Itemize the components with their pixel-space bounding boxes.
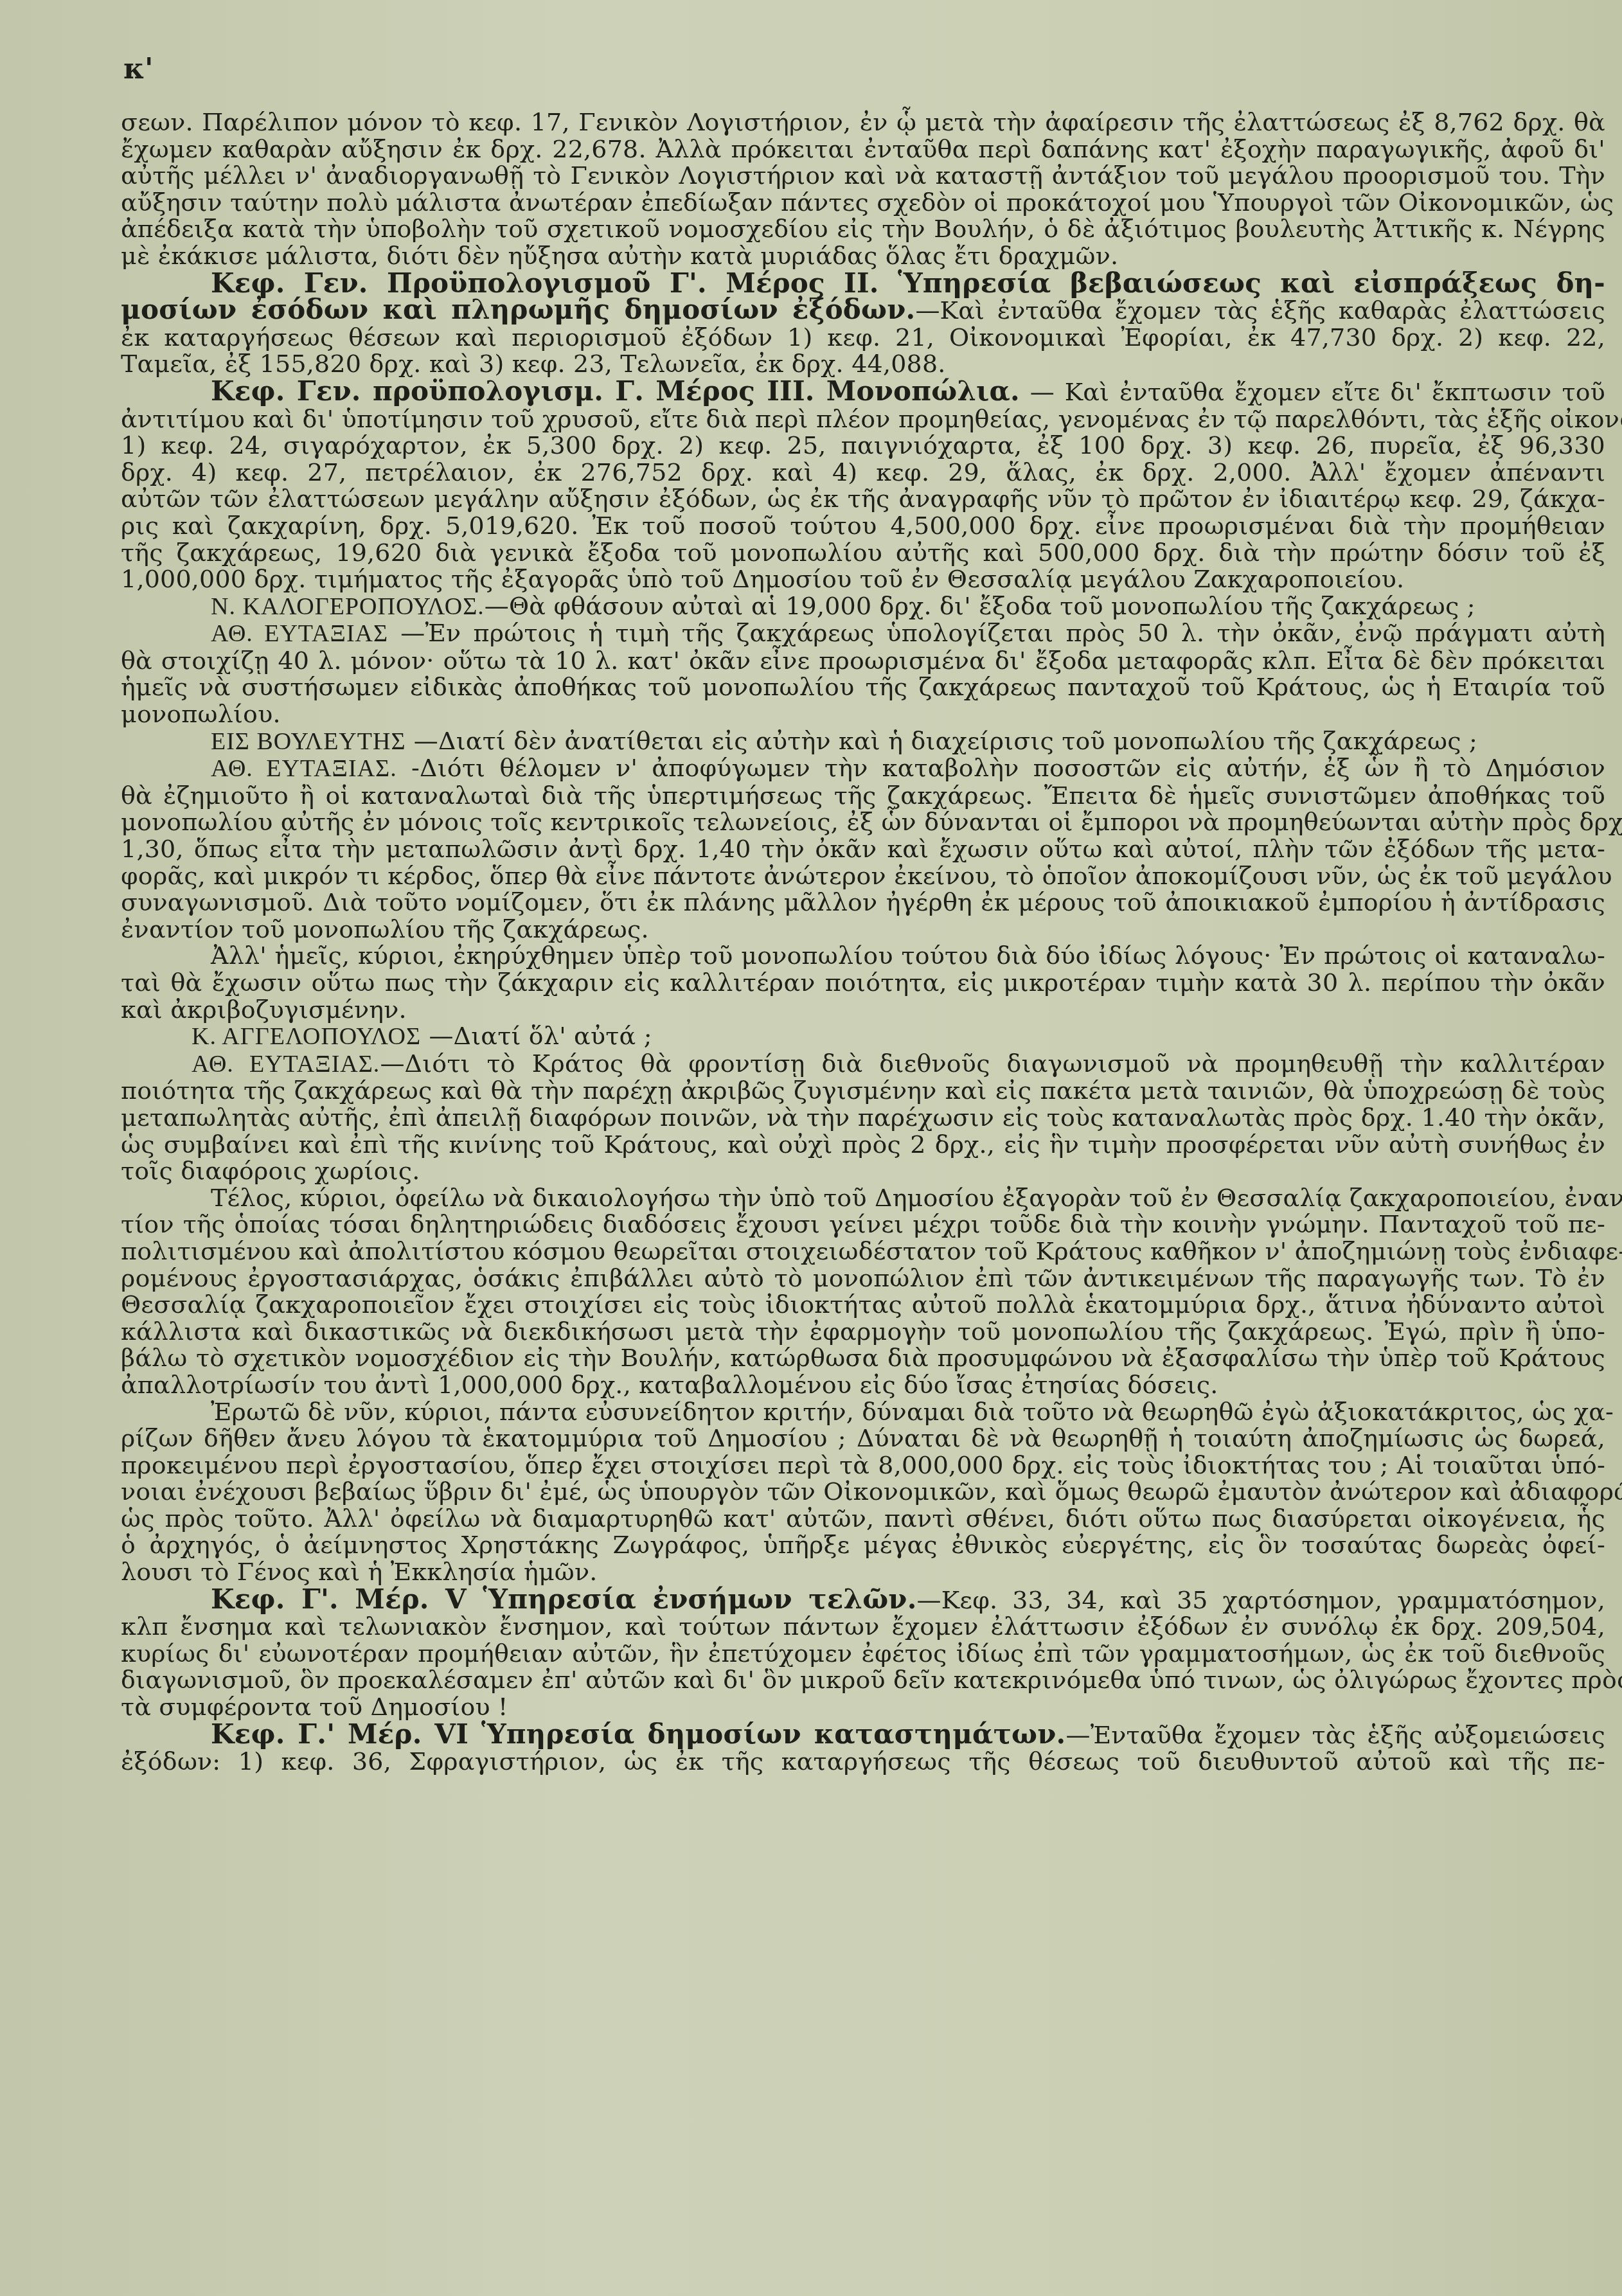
text-line: Κεφ. Γ'. Μέρ. V Ὑπηρεσία ἐνσήμων τελῶν.—… [121,1586,1605,1614]
paragraph: Κεφ. Γεν. Προϋπολογισμοῦ Γ'. Μέρος II. Ὑ… [121,270,1605,378]
text-line: μεταπωλητὰς αὐτῆς, ἐπὶ ἀπειλῇ διαφόρων π… [121,1105,1605,1132]
text-line: ΑΘ. ΕΥΤΑΞΙΑΣ —Ἐν πρώτοις ἡ τιμὴ τῆς ζακχ… [121,620,1605,648]
text-line: κυρίως δι' εὐωνοτέραν προμήθειαν αὐτῶν, … [121,1641,1605,1668]
document-body: σεων. Παρέλιπον μόνον τὸ κεφ. 17, Γενικὸ… [121,109,1605,1775]
text-span: —Διότι τὸ Κράτος θὰ φροντίσῃ διὰ διεθνοῦ… [380,1049,1605,1078]
paragraph: Ν. ΚΑΛΟΓΕΡΟΠΟΥΛΟΣ.—Θὰ φθάσουν αὐταὶ αἱ 1… [121,593,1605,621]
text-line: Ἐρωτῶ δὲ νῦν, κύριοι, πάντα εὐσυνείδητον… [121,1399,1605,1426]
text-line: λουσι τὸ Γένος καὶ ἡ Ἐκκλησία ἡμῶν. [121,1559,1605,1586]
text-span: —Καὶ ἐνταῦθα ἔχομεν τὰς ἑξῆς καθαρὰς ἐλα… [915,296,1605,325]
text-line: θὰ ἐζημιοῦτο ἢ οἱ καταναλωταὶ διὰ τῆς ὑπ… [121,783,1605,810]
text-line: 1) κεφ. 24, σιγαρόχαρτον, ἐκ 5,300 δρχ. … [121,432,1605,459]
text-line: αὐτῆς μέλλει ν' ἀναδιοργανωθῇ τὸ Γενικὸν… [121,163,1605,190]
text-line: Κεφ. Γ.' Μέρ. VI Ὑπηρεσία δημοσίων κατασ… [121,1721,1605,1749]
text-span: —Ἐν πρώτοις ἡ τιμὴ τῆς ζακχάρεως ὑπολογί… [400,619,1605,647]
paragraph: ΕΙΣ ΒΟΥΛΕΥΤΗΣ —Διατί δὲν ἀνατίθεται εἰς … [121,728,1605,756]
text-line: ὁ ἀρχηγός, ὁ ἀείμνηστος Χρηστάκης Ζωγράφ… [121,1532,1605,1559]
text-line: συναγωνισμοῦ. Διὰ τοῦτο νομίζομεν, ὅτι ἐ… [121,889,1605,916]
text-line: ἐναντίον τοῦ μονοπωλίου τῆς ζακχάρεως. [121,916,1605,943]
text-line: ὡς πρὸς τοῦτο. Ἀλλ' ὀφείλω νὰ διαμαρτυρη… [121,1506,1605,1533]
text-line: τοῖς διαφόροις χωρίοις. [121,1158,1605,1185]
paragraph: ΑΘ. ΕΥΤΑΞΙΑΣ —Ἐν πρώτοις ἡ τιμὴ τῆς ζακχ… [121,620,1605,727]
text-line: κάλλιστα καὶ δικαστικῶς νὰ διεκδικήσωσι … [121,1319,1605,1346]
text-line: τὰ συμφέροντα τοῦ Δημοσίου ! [121,1694,1605,1721]
text-line: φορᾶς, καὶ μικρόν τι κέρδος, ὅπερ θὰ εἶν… [121,863,1605,890]
text-line: νοιαι ἐνέχουσι βεβαίως ὕβριν δι' ἐμέ, ὡς… [121,1479,1605,1506]
text-span: —Κεφ. 33, 34, καὶ 35 χαρτόσημον, γραμματ… [917,1586,1605,1614]
text-span: -Διότι θέλομεν ν' ἀποφύγωμεν τὴν καταβολ… [411,754,1605,782]
text-span: —Διατί ὅλ' αὐτά ; [429,1022,652,1050]
text-line: μονοπωλίου. [121,701,1605,728]
text-line: αὐτῶν τῶν ἐλαττώσεων μεγάλην αὔξησιν ἐξό… [121,486,1605,513]
text-line: μονοπωλίου αὐτῆς ἐν μόνοις τοῖς κεντρικο… [121,809,1605,836]
text-line: Ταμεῖα, ἐξ 155,820 δρχ. καὶ 3) κεφ. 23, … [121,351,1605,378]
text-line: δρχ. 4) κεφ. 27, πετρέλαιον, ἐκ 276,752 … [121,459,1605,486]
speaker-name: ΑΘ. ΕΥΤΑΞΙΑΣ. [192,1051,380,1078]
text-line: ἐξόδων: 1) κεφ. 36, Σφραγιστήριον, ὡς ἐκ… [121,1749,1605,1775]
paragraph: Κ. ΑΓΓΕΛΟΠΟΥΛΟΣ —Διατί ὅλ' αὐτά ; [121,1023,1605,1051]
paragraph: Ἐρωτῶ δὲ νῦν, κύριοι, πάντα εὐσυνείδητον… [121,1399,1605,1586]
text-line: ΑΘ. ΕΥΤΑΞΙΑΣ. -Διότι θέλομεν ν' ἀποφύγωμ… [121,755,1605,783]
text-line: καὶ ἀκριβοζυγισμένην. [121,997,1605,1024]
text-line: Ν. ΚΑΛΟΓΕΡΟΠΟΥΛΟΣ.—Θὰ φθάσουν αὐταὶ αἱ 1… [121,593,1605,621]
speaker-name: ΑΘ. ΕΥΤΑΞΙΑΣ. [211,755,397,782]
text-line: ἡμεῖς νὰ συστήσωμεν εἰδικὰς ἀποθήκας τοῦ… [121,674,1605,701]
text-line: θὰ στοιχίζῃ 40 λ. μόνον· οὕτω τὰ 10 λ. κ… [121,648,1605,675]
text-line: διαγωνισμοῦ, ὃν προεκαλέσαμεν ἐπ' αὐτῶν … [121,1667,1605,1694]
text-line: ρίζων δῆθεν ἄνευ λόγου τὰ ἑκατομμύρια το… [121,1425,1605,1452]
text-line: Κ. ΑΓΓΕΛΟΠΟΥΛΟΣ —Διατί ὅλ' αὐτά ; [121,1023,1605,1051]
section-heading: Κεφ. Γεν. προϋπολογισμ. Γ. Μέρος III. Μο… [211,375,1020,407]
text-line: ΕΙΣ ΒΟΥΛΕΥΤΗΣ —Διατί δὲν ἀνατίθεται εἰς … [121,728,1605,756]
text-line: 1,30, ὅπως εἶτα τὴν μεταπωλῶσιν ἀντὶ δρχ… [121,836,1605,863]
section-heading: Κεφ. Γ'. Μέρ. V Ὑπηρεσία ἐνσήμων τελῶν. [211,1583,917,1615]
text-line: Κεφ. Γεν. προϋπολογισμ. Γ. Μέρος III. Μο… [121,378,1605,406]
paragraph: ΑΘ. ΕΥΤΑΞΙΑΣ.—Διότι τὸ Κράτος θὰ φροντίσ… [121,1051,1605,1185]
text-line: ρομένους ἐργοστασιάρχας, ὁσάκις ἐπιβάλλε… [121,1265,1605,1292]
text-line: μοσίων ἐσόδων καὶ πληρωμῆς δημοσίων ἐξόδ… [121,296,1605,325]
text-line: Τέλος, κύριοι, ὀφείλω νὰ δικαιολογήσω τὴ… [121,1185,1605,1212]
paragraph: ΑΘ. ΕΥΤΑΞΙΑΣ. -Διότι θέλομεν ν' ἀποφύγωμ… [121,755,1605,943]
speaker-name: Κ. ΑΓΓΕΛΟΠΟΥΛΟΣ [192,1023,421,1050]
text-line: σεων. Παρέλιπον μόνον τὸ κεφ. 17, Γενικὸ… [121,109,1605,136]
text-line: 1,000,000 δρχ. τιμήματος τῆς ἐξαγορᾶς ὑπ… [121,566,1605,593]
text-line: πολιτισμένου καὶ ἀπολιτίστου κόσμου θεωρ… [121,1238,1605,1265]
speaker-name: ΕΙΣ ΒΟΥΛΕΥΤΗΣ [211,728,406,755]
text-line: τῆς ζακχάρεως, 19,620 διὰ γενικὰ ἔξοδα τ… [121,540,1605,567]
text-line: ὡς συμβαίνει καὶ ἐπὶ τῆς κινίνης τοῦ Κρά… [121,1132,1605,1159]
text-line: ἀντιτίμου καὶ δι' ὑποτίμησιν τοῦ χρυσοῦ,… [121,406,1605,433]
text-line: ἐκ καταργήσεως θέσεων καὶ περιορισμοῦ ἐξ… [121,325,1605,352]
text-line: ποιότητα τῆς ζακχάρεως καὶ θὰ τὴν παρέχῃ… [121,1078,1605,1105]
text-line: ἀπέδειξα κατὰ τὴν ὑποβολὴν τοῦ σχετικοῦ … [121,216,1605,243]
text-span: —Θὰ φθάσουν αὐταὶ αἱ 19,000 δρχ. δι' ἔξο… [485,592,1475,620]
section-heading-continuation: μοσίων ἐσόδων καὶ πληρωμῆς δημοσίων ἐξόδ… [121,294,915,325]
text-line: ρις καὶ ζακχαρίνη, δρχ. 5,019,620. Ἐκ το… [121,513,1605,540]
paragraph: Τέλος, κύριοι, ὀφείλω νὰ δικαιολογήσω τὴ… [121,1185,1605,1399]
paragraph: Ἀλλ' ἡμεῖς, κύριοι, ἐκηρύχθημεν ὑπὲρ τοῦ… [121,943,1605,1023]
speaker-name: ΑΘ. ΕΥΤΑΞΙΑΣ [211,620,388,647]
text-line: ΑΘ. ΕΥΤΑΞΙΑΣ.—Διότι τὸ Κράτος θὰ φροντίσ… [121,1051,1605,1078]
text-span: — Καὶ ἐνταῦθα ἔχομεν εἴτε δι' ἔκπτωσιν τ… [1030,378,1605,406]
section-heading: Κεφ. Γεν. Προϋπολογισμοῦ Γ'. Μέρος II. Ὑ… [121,270,1605,297]
paragraph: σεων. Παρέλιπον μόνον τὸ κεφ. 17, Γενικὸ… [121,109,1605,270]
text-span: —Διατί δὲν ἀνατίθεται εἰς αὐτὴν καὶ ἡ δι… [414,727,1477,755]
text-line: ἔχωμεν καθαρὰν αὔξησιν ἐκ δρχ. 22,678. Ἀ… [121,136,1605,163]
text-line: Ἀλλ' ἡμεῖς, κύριοι, ἐκηρύχθημεν ὑπὲρ τοῦ… [121,943,1605,970]
text-span: —Ἐνταῦθα ἔχομεν τὰς ἑξῆς αὐξομειώσεις [1065,1721,1605,1749]
text-line: μὲ ἐκάκισε μάλιστα, διότι δὲν ηὔξησα αὐτ… [121,243,1605,270]
text-line: ἀπαλλοτρίωσίν του ἀντὶ 1,000,000 δρχ., κ… [121,1372,1605,1399]
page-number: κ' [123,53,153,85]
section-heading: Κεφ. Γ.' Μέρ. VI Ὑπηρεσία δημοσίων κατασ… [211,1718,1065,1750]
text-line: κλπ ἔνσημα καὶ τελωνιακὸν ἔνσημον, καὶ τ… [121,1614,1605,1641]
text-line: βάλω τὸ σχετικὸν νομοσχέδιον εἰς τὴν Βου… [121,1345,1605,1372]
paragraph: Κεφ. Γεν. προϋπολογισμ. Γ. Μέρος III. Μο… [121,378,1605,593]
text-line: ταὶ θὰ ἔχωσιν οὕτω πως τὴν ζάκχαριν εἰς … [121,970,1605,997]
text-line: Θεσσαλίᾳ ζακχαροποιεῖον ἔχει στοιχίσει ε… [121,1292,1605,1319]
text-line: προκειμένου περὶ ἐργοστασίου, ὅπερ ἔχει … [121,1452,1605,1479]
paragraph: Κεφ. Γ'. Μέρ. V Ὑπηρεσία ἐνσήμων τελῶν.—… [121,1586,1605,1721]
text-line: τίον τῆς ὁποίας τόσαι δηλητηριώδεις διαδ… [121,1211,1605,1238]
paragraph: Κεφ. Γ.' Μέρ. VI Ὑπηρεσία δημοσίων κατασ… [121,1721,1605,1775]
speaker-name: Ν. ΚΑΛΟΓΕΡΟΠΟΥΛΟΣ. [211,593,485,620]
text-line: αὔξησιν ταύτην πολὺ μάλιστα ἀνωτέραν ἐπε… [121,190,1605,217]
